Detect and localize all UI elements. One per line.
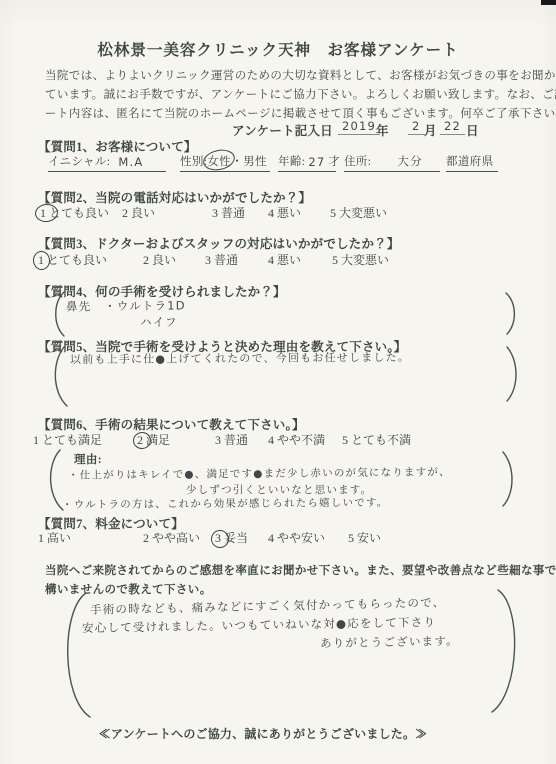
feedback-answer-line-3: ありがとうございます。 — [320, 633, 459, 651]
q2-option-1: 1とても良い — [40, 204, 109, 221]
gender-separator: ・ — [231, 153, 243, 169]
q3-option-5: 5大変悪い — [332, 251, 389, 268]
q4-bracket-right — [506, 293, 514, 334]
age-value: 27 — [308, 155, 325, 169]
feedback-answer-line-2: 安心して受けれました。いつもていねいな対●応をして下さり — [82, 614, 436, 636]
date-month-value: 2 — [408, 119, 425, 135]
date-day-unit: 日 — [466, 121, 479, 139]
feedback-prompt-line-1: 当院へご来院されてからのご感想を率直にお聞かせ下さい。また、要望や改善点など些細… — [45, 562, 556, 578]
q7-option-4: 4やや安い — [268, 529, 325, 546]
page-title: 松林景一美容クリニック天神 お客様アンケート — [0, 38, 556, 60]
q7-option-3: 3妥当 — [215, 529, 248, 546]
q7-option-5: 5安い — [348, 529, 381, 546]
age-unit: 才 — [328, 153, 340, 169]
q3-option-2: 2良い — [143, 251, 176, 268]
q3-heading: 【質問3、ドクターおよびスタッフの対応はいかがでしたか？】 — [38, 234, 400, 252]
date-day-value: 22 — [440, 119, 465, 135]
feedback-bracket-left — [68, 593, 90, 717]
feedback-prompt-line-2: 構いませんので教えて下さい。 — [45, 581, 212, 597]
q6-reason-bracket-right — [503, 452, 512, 506]
date-year-unit: 年 — [376, 121, 389, 139]
address-value: 大分 — [397, 153, 422, 169]
age-label: 年齢: — [278, 153, 305, 169]
intro-line-1: 当院では、よりよいクリニック運営のための大切な資料として、お客様がお気づきの事を… — [45, 67, 556, 83]
date-year-value: 2019 — [338, 119, 380, 135]
q1-address-unit-segment: 都道府県 — [446, 153, 498, 172]
gender-option-male: 男性 — [243, 153, 267, 169]
intro-line-3: ート内容は、匿名にて当院のホームページに掲載させて頂く事もございます。何卒ご了承… — [45, 105, 556, 121]
q7-option-1: 1高い — [38, 529, 71, 546]
q1-answer-row: イニシャル: M.A 性別: 女性 ・ 男性 年齢: 27 才 住所: 大分 都… — [0, 153, 556, 175]
q6-option-3: 3普通 — [215, 431, 248, 448]
gender-label: 性別: — [180, 153, 207, 169]
q6-reason-label: 理由: — [74, 451, 102, 467]
q2-option-3: 3普通 — [212, 204, 245, 221]
q2-options-row: 1とても良い 2良い 3普通 4悪い 5大変悪い — [0, 204, 556, 220]
q2-option-2: 2良い — [122, 204, 155, 221]
q5-answer: 以前も上手に仕●上げてくれたので、今回もお任せしました。 — [70, 349, 410, 367]
q3-option-4: 4悪い — [268, 251, 301, 268]
q4-answer-line-1: 鼻先 ・ウルトラ1D — [66, 297, 186, 314]
q3-option-3: 3普通 — [205, 251, 238, 268]
q6-option-5: 5とても不満 — [342, 431, 411, 448]
q6-option-2: 2満足 — [137, 431, 170, 448]
q1-initial-segment: イニシャル: M.A — [48, 153, 166, 172]
feedback-bracket-right — [492, 590, 515, 712]
q7-option-2: 2やや高い — [143, 529, 200, 546]
q6-options-row: 1とても満足 2満足 3普通 4やや不満 5とても不満 — [0, 431, 556, 447]
initial-value: M.A — [118, 155, 143, 169]
q6-option-4: 4やや不満 — [268, 431, 325, 448]
q3-option-1: 1とても良い — [38, 251, 107, 268]
scanned-survey-page: 松林景一美容クリニック天神 お客様アンケート 当院では、よりよいクリニック運営の… — [0, 0, 556, 764]
q5-bracket-right — [507, 347, 516, 401]
q1-age-segment: 年齢: 27 才 — [278, 153, 336, 172]
address-unit: 都道府県 — [446, 153, 494, 169]
q3-options-row: 1とても良い 2良い 3普通 4悪い 5大変悪い — [0, 251, 556, 267]
intro-line-2: ています。誠にお手数ですが、アンケートにご協力下さい。よろしくお願い致します。な… — [45, 86, 556, 102]
q6-reason-line-3: ・ウルトラの方は、これから効果が感じられたら嬉しいです。 — [62, 495, 389, 512]
address-label: 住所: — [344, 153, 371, 169]
date-label: アンケート記入日 — [232, 121, 333, 139]
closing-thanks: ≪アンケートへのご協力、誠にありがとうございました。≫ — [0, 725, 526, 742]
q1-gender-segment: 性別: 女性 ・ 男性 — [180, 153, 270, 172]
q7-options-row: 1高い 2やや高い 3妥当 4やや安い 5安い — [0, 529, 556, 545]
q2-option-5: 5大変悪い — [330, 204, 387, 221]
gender-option-female: 女性 — [207, 153, 231, 169]
q6-option-1: 1とても満足 — [33, 431, 102, 448]
q5-bracket-left — [55, 347, 67, 406]
date-month-unit: 月 — [424, 121, 437, 139]
initial-label: イニシャル: — [48, 153, 110, 169]
q2-option-4: 4悪い — [268, 204, 301, 221]
q1-address-segment: 住所: 大分 — [344, 153, 440, 172]
q6-reason-line-1: ・仕上がりはキレイで●、満足です●まだ少し赤いのが気になりますが、 — [68, 464, 451, 482]
q4-answer-line-2: ハイフ — [140, 314, 178, 330]
scan-artifact-mark — [541, 0, 556, 5]
